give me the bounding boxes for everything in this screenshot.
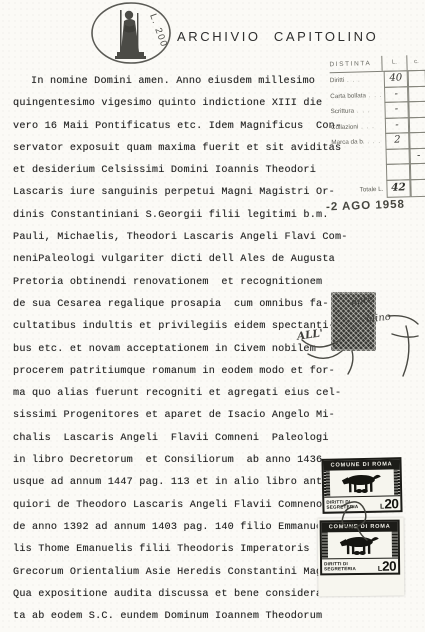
- document-line: Pauli, Michaelis, Theodori Lascaris Ange…: [13, 227, 353, 249]
- document-line: de anno 1392 ad annum 1403 pag. 140 fili…: [13, 517, 353, 539]
- fee-table-stamp: DISTINTA L. c. Diritti 40 Carta bollata …: [329, 55, 425, 199]
- document-line: In nomine Domini amen. Anno eiusdem mill…: [13, 71, 353, 93]
- document-line: et desiderium Celsissimi Domini Ioannis …: [13, 160, 353, 182]
- document-line: Lascaris iure sanguinis perpetui Magni M…: [13, 182, 353, 204]
- document-line: neniPaleologi vulgariter dicti dell Ales…: [13, 249, 353, 271]
- document-line: Grecorum Orientalium Asie Heredis Consta…: [13, 562, 353, 584]
- archive-seal-stamp: L. 200: [90, 1, 178, 65]
- fee-col-cent: c.: [406, 55, 425, 70]
- document-line: in libro Decretorum et Consiliorum ab an…: [13, 450, 353, 472]
- document-line: sissimi Progenitores et aparet de Isacio…: [13, 405, 353, 427]
- scanned-document-page: L. 200 ARCHIVIO CAPITOLINO In nomine Dom…: [0, 0, 425, 632]
- document-line: usque ad annum 1447 pag. 113 et in alio …: [13, 472, 353, 494]
- document-line: ma quo alias fuerunt recogniti et agrega…: [13, 383, 353, 405]
- fee-col-lire: L.: [381, 55, 406, 71]
- fee-total-row: Totale L. 42: [332, 179, 425, 198]
- stamp-type-line2: SEGRETERIA: [324, 566, 378, 572]
- stamp-border-right: [394, 469, 401, 495]
- document-line: quingentesimo vigesimo quinto indictione…: [13, 93, 353, 115]
- document-line: chalis Lascaris Angeli Flavii Comneni Pa…: [13, 428, 353, 450]
- document-line: servator exposuit quam maxima fuerit et …: [13, 138, 353, 160]
- document-line: Qua expositione audita discussa et bene …: [13, 584, 353, 606]
- pen-scribble: [327, 497, 385, 543]
- date-stamp: -2 AGO 1958: [326, 199, 405, 214]
- document-line: vero 16 Maii Pontificatus etc. Idem Magn…: [13, 116, 353, 138]
- capitoline-wolf-icon: [339, 471, 385, 496]
- document-line: lis Thome Emanuelis filii Theodoris Impe…: [13, 539, 353, 561]
- seal-fee-label: L. 200: [147, 12, 169, 49]
- statue-seal-icon: L. 200: [90, 1, 178, 65]
- stamp-border-right: [392, 532, 398, 558]
- archive-title: ARCHIVIO CAPITOLINO: [177, 29, 378, 44]
- document-line: dinis Constantiniani S.Georgii filii leg…: [13, 205, 353, 227]
- fee-table-title: DISTINTA: [329, 56, 381, 72]
- stamp-value: L20: [378, 558, 396, 573]
- document-line: ta ab eodem S.C. eundem Dominum Ioannem …: [13, 606, 353, 628]
- document-line: quiori de Theodoro Lascaris Angeli Flavi…: [13, 495, 353, 517]
